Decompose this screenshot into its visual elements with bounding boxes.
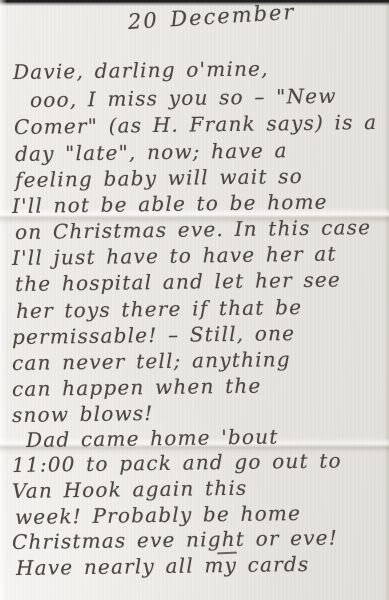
letter-line: Van Hook again this [12, 476, 248, 503]
paper-edge-right [384, 0, 389, 600]
letter-salutation: Davie, darling o'mine, [13, 56, 269, 84]
letter-line: I'll not be able to be home [12, 190, 328, 218]
letter-line: permissable! – Still, one [12, 321, 296, 349]
letter-line: day "late", now; have a [15, 138, 288, 166]
letter-line: on Christmas eve. In this case [15, 215, 372, 244]
letter-line: 11:00 to pack and go out to [12, 448, 342, 477]
letter-line: Dad came home 'bout [26, 424, 279, 452]
letter-line: the hospital and let her see [15, 267, 341, 296]
letter-line: Comer" (as H. Frank says) is a [14, 110, 378, 139]
letter-line: her toys there if that be [16, 295, 302, 323]
paper-edge-left [0, 0, 7, 600]
letter-line: Have nearly all my cards [16, 552, 310, 580]
letter-line: can happen when the [12, 374, 262, 401]
letter-line: week! Probably be home [15, 501, 301, 529]
letter-line: Christmas eve night or eve! [12, 525, 338, 554]
letter-page: 20 December Davie, darling o'mine, ooo, … [0, 0, 389, 600]
letter-line: snow blows! [12, 401, 154, 427]
letter-line: I'll just have to have her at [12, 241, 337, 270]
letter-line: feeling baby will wait so [15, 164, 303, 192]
letter-line: can never tell; anything [12, 347, 291, 375]
letter-line: ooo, I miss you so – "New [30, 84, 337, 112]
